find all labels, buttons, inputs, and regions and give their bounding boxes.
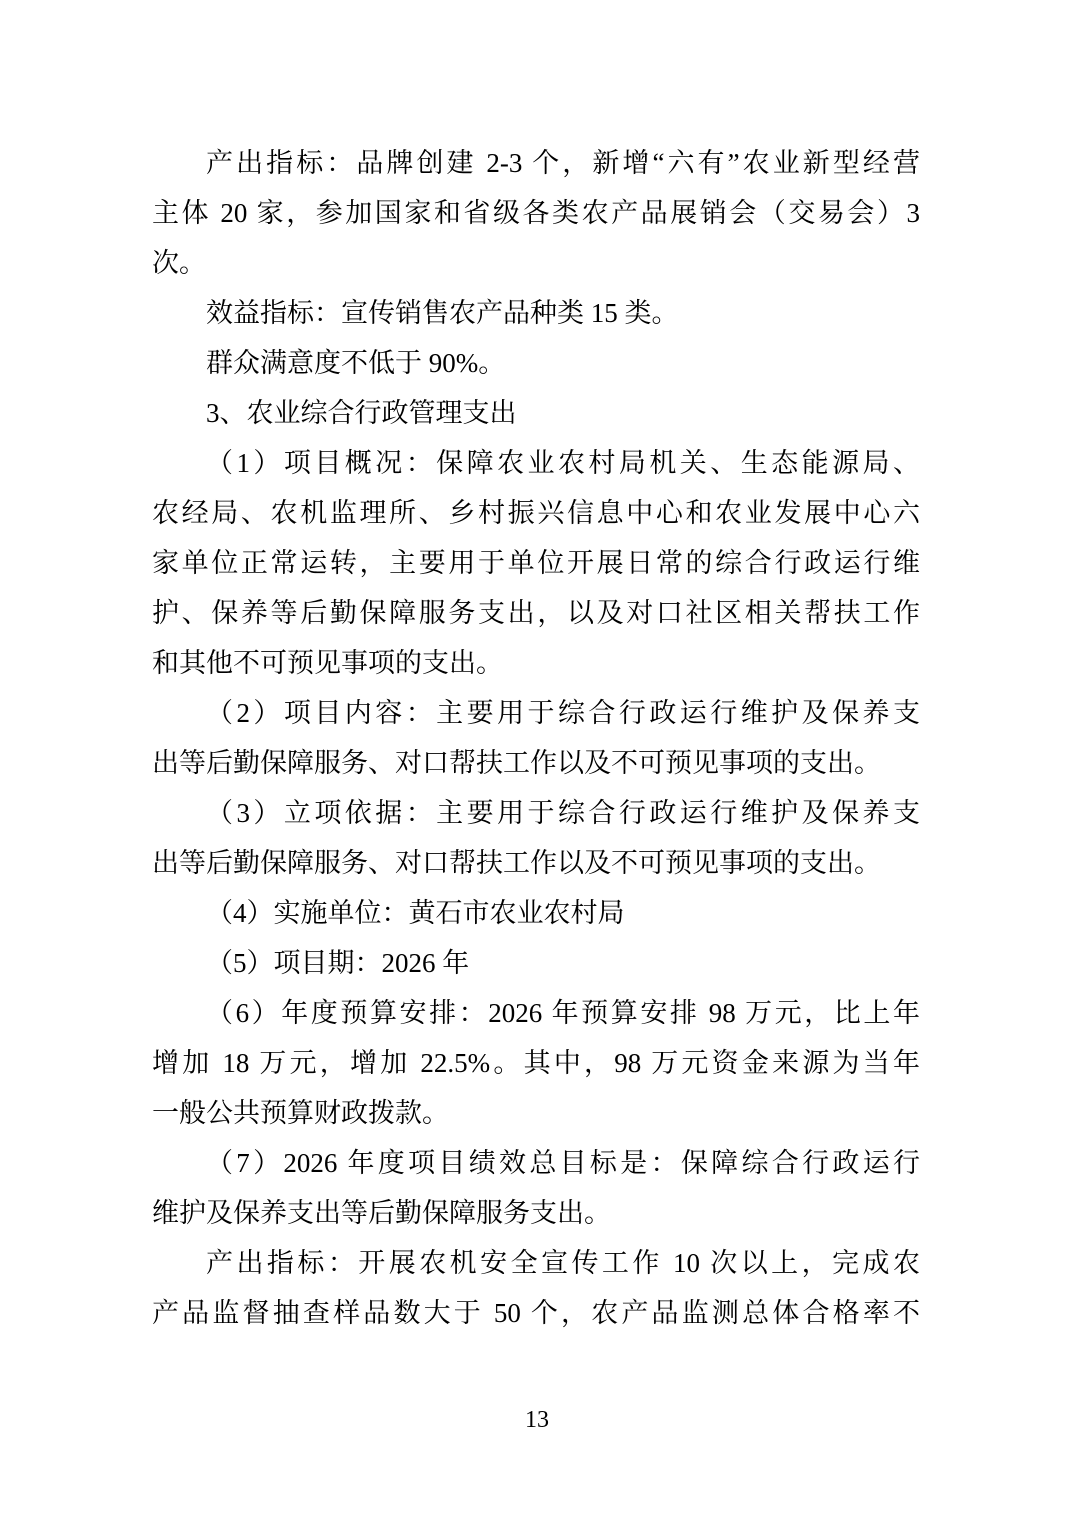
paragraph: 产出指标：开展农机安全宣传工作 10 次以上，完成农 产品监督抽查样品数大于 5…	[152, 1238, 920, 1338]
paragraph: （5）项目期：2026 年	[152, 938, 920, 988]
text-line: （3）立项依据：主要用于综合行政运行维护及保养支	[152, 788, 920, 838]
text-line: 3、农业综合行政管理支出	[152, 388, 920, 438]
text-line: （5）项目期：2026 年	[152, 938, 920, 988]
paragraph: （6）年度预算安排：2026 年预算安排 98 万元，比上年 增加 18 万元，…	[152, 988, 920, 1138]
text-line: 和其他不可预见事项的支出。	[152, 638, 920, 688]
text-line: 护、保养等后勤保障服务支出，以及对口社区相关帮扶工作	[152, 588, 920, 638]
paragraph: 产出指标：品牌创建 2-3 个，新增“六有”农业新型经营 主体 20 家，参加国…	[152, 138, 920, 288]
document-body: 产出指标：品牌创建 2-3 个，新增“六有”农业新型经营 主体 20 家，参加国…	[152, 138, 920, 1338]
text-line: 群众满意度不低于 90%。	[152, 338, 920, 388]
text-line: 维护及保养支出等后勤保障服务支出。	[152, 1188, 920, 1238]
page-number: 13	[0, 1404, 1074, 1436]
paragraph: （3）立项依据：主要用于综合行政运行维护及保养支 出等后勤保障服务、对口帮扶工作…	[152, 788, 920, 888]
text-line: （4）实施单位：黄石市农业农村局	[152, 888, 920, 938]
document-page: 产出指标：品牌创建 2-3 个，新增“六有”农业新型经营 主体 20 家，参加国…	[0, 0, 1074, 1520]
text-line: （7）2026 年度项目绩效总目标是：保障综合行政运行	[152, 1138, 920, 1188]
paragraph: （2）项目内容：主要用于综合行政运行维护及保养支 出等后勤保障服务、对口帮扶工作…	[152, 688, 920, 788]
text-line: （2）项目内容：主要用于综合行政运行维护及保养支	[152, 688, 920, 738]
paragraph: 群众满意度不低于 90%。	[152, 338, 920, 388]
text-line: 增加 18 万元，增加 22.5%。其中，98 万元资金来源为当年	[152, 1038, 920, 1088]
paragraph: 3、农业综合行政管理支出	[152, 388, 920, 438]
text-line: 农经局、农机监理所、乡村振兴信息中心和农业发展中心六	[152, 488, 920, 538]
paragraph: （7）2026 年度项目绩效总目标是：保障综合行政运行 维护及保养支出等后勤保障…	[152, 1138, 920, 1238]
text-line: 次。	[152, 238, 920, 288]
text-line: 出等后勤保障服务、对口帮扶工作以及不可预见事项的支出。	[152, 838, 920, 888]
text-line: 家单位正常运转，主要用于单位开展日常的综合行政运行维	[152, 538, 920, 588]
paragraph: （1）项目概况：保障农业农村局机关、生态能源局、 农经局、农机监理所、乡村振兴信…	[152, 438, 920, 688]
text-line: 产出指标：开展农机安全宣传工作 10 次以上，完成农	[152, 1238, 920, 1288]
text-line: （6）年度预算安排：2026 年预算安排 98 万元，比上年	[152, 988, 920, 1038]
text-line: 产出指标：品牌创建 2-3 个，新增“六有”农业新型经营	[152, 138, 920, 188]
text-line: 出等后勤保障服务、对口帮扶工作以及不可预见事项的支出。	[152, 738, 920, 788]
text-line: 效益指标：宣传销售农产品种类 15 类。	[152, 288, 920, 338]
text-line: （1）项目概况：保障农业农村局机关、生态能源局、	[152, 438, 920, 488]
text-line: 主体 20 家，参加国家和省级各类农产品展销会（交易会）3	[152, 188, 920, 238]
paragraph: （4）实施单位：黄石市农业农村局	[152, 888, 920, 938]
text-line: 产品监督抽查样品数大于 50 个，农产品监测总体合格率不	[152, 1288, 920, 1338]
text-line: 一般公共预算财政拨款。	[152, 1088, 920, 1138]
paragraph: 效益指标：宣传销售农产品种类 15 类。	[152, 288, 920, 338]
